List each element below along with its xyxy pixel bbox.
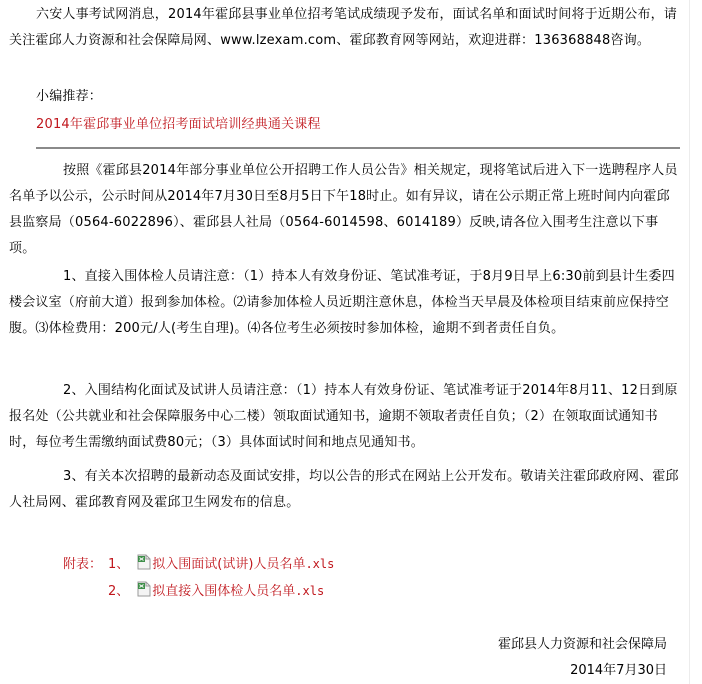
notice-paragraph-main: 按照《霍邱县2014年部分事业单位公开招聘工作人员公告》相关规定，现将笔试后进入… (9, 158, 681, 262)
intro-paragraph: 六安人事考试网消息，2014年霍邱县事业单位招考笔试成绩现予发布，面试名单和面试… (9, 2, 681, 54)
attachment-row-2: 2、 拟直接入围体检人员名单.xls (108, 581, 324, 602)
attachment-link-2[interactable]: 拟直接入围体检人员名单.xls (152, 581, 324, 602)
xls-file-icon (137, 581, 151, 597)
notice-item-1: 1、直接入围体检人员请注意：（1）持本人有效身份证、笔试准考证，于8月9日早上6… (9, 264, 681, 342)
signature-date: 2014年7月30日 (570, 658, 667, 684)
signature-org: 霍邱县人力资源和社会保障局 (498, 632, 667, 658)
attachment-row-1: 附表： 1、 拟入围面试(试讲)人员名单.xls (63, 554, 334, 575)
attachment-index: 1、 (108, 555, 129, 575)
recommend-label: 小编推荐： (9, 84, 681, 110)
recommend-row: 2014年霍邱事业单位招考面试培训经典通关课程 (36, 112, 676, 138)
article-page: 六安人事考试网消息，2014年霍邱县事业单位招考笔试成绩现予发布，面试名单和面试… (0, 0, 690, 684)
attachments-label: 附表： (63, 555, 102, 575)
xls-file-icon (137, 554, 151, 570)
divider (36, 147, 680, 149)
recommend-course-link[interactable]: 2014年霍邱事业单位招考面试培训经典通关课程 (36, 117, 321, 132)
attachment-index: 2、 (108, 582, 129, 602)
notice-item-2: 2、入围结构化面试及试讲人员请注意：（1）持本人有效身份证、笔试准考证于2014… (9, 378, 681, 456)
attachment-link-1[interactable]: 拟入围面试(试讲)人员名单.xls (152, 554, 334, 575)
notice-item-3: 3、有关本次招聘的最新动态及面试安排，均以公告的形式在网站上公开发布。敬请关注霍… (9, 464, 681, 516)
